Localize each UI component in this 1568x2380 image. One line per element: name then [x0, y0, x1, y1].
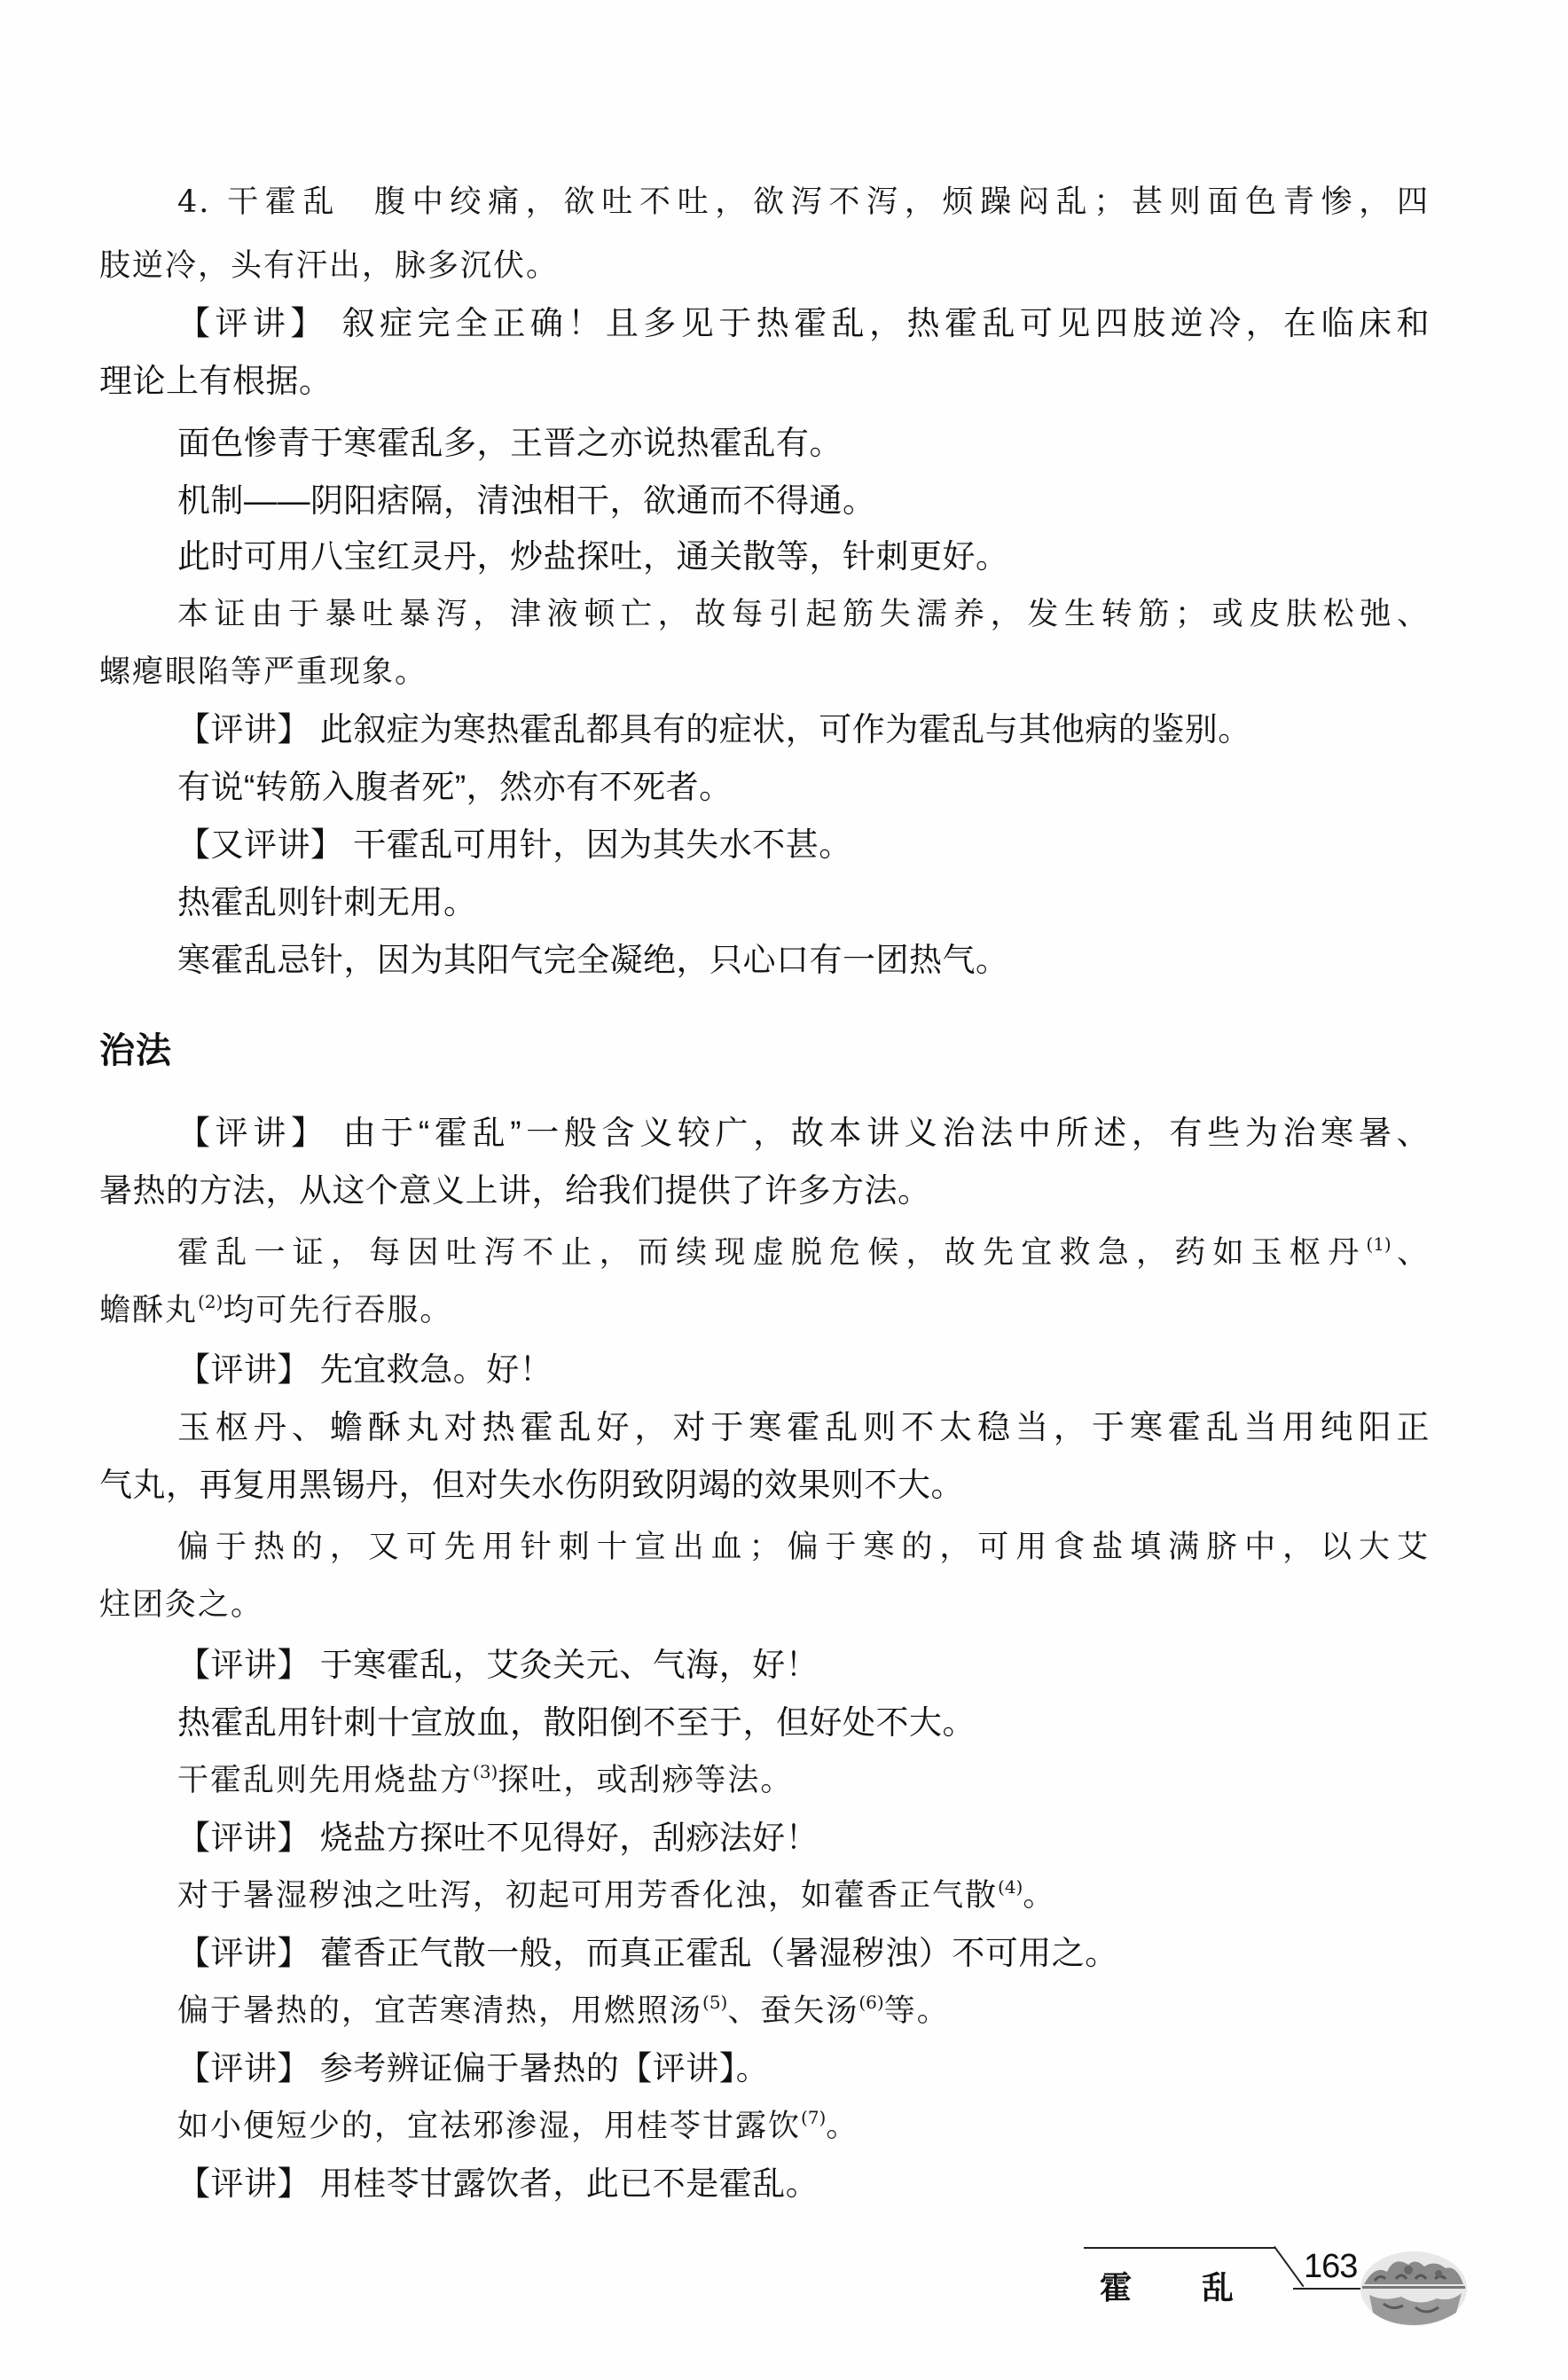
- item-4-line-2: 肢逆冷，头有汗出，脉多沉伏。: [99, 245, 1430, 287]
- commentary-again-tag: 【又评讲】: [177, 826, 344, 863]
- commentary-tag: 【评讲】: [177, 1351, 310, 1388]
- original-2-line-1: 本证由于暴吐暴泻，津液顿亡，故每引起筋失濡养，发生转筋；或皮肤松弛、: [177, 593, 1430, 636]
- running-title-char-1: 霍: [1100, 2263, 1132, 2308]
- commentary-tag: 【评讲】: [177, 1820, 310, 1856]
- original-6-line-1: 偏于热的，又可先用针刺十宣出血；偏于寒的，可用食盐填满脐中，以大艾: [177, 1526, 1430, 1569]
- commentary-3-para-3: 寒霍乱忌针，因为其阳气完全凝绝，只心口有一团热气。: [177, 939, 1430, 982]
- item-4-line-1: 4. 干霍乱 腹中绞痛，欲吐不吐，欲泻不泻，烦躁闷乱；甚则面色青惨，四: [177, 181, 1430, 223]
- commentary-7-line-1: 【评讲】 烧盐方探吐不见得好，刮痧法好！: [177, 1817, 1430, 1859]
- page-number: 163: [1304, 2248, 1357, 2286]
- footnote-ref[interactable]: (2): [198, 1291, 223, 1312]
- commentary-9-line-1: 【评讲】 参考辨证偏于暑热的【评讲】。: [177, 2047, 1430, 2090]
- commentary-4-line-1: 【评讲】 由于“霍乱”一般含义较广，故本讲义治法中所述，有些为治寒暑、: [177, 1112, 1430, 1155]
- footnote-ref[interactable]: (1): [1366, 1233, 1391, 1255]
- commentary-8-line-1: 【评讲】 藿香正气散一般，而真正霍乱（暑湿秽浊）不可用之。: [177, 1932, 1430, 1975]
- commentary-tag-inline: 【评讲】: [619, 2050, 736, 2086]
- commentary-6-para-2: 热霍乱用针刺十宣放血，散阳倒不至于，但好处不大。: [177, 1702, 1430, 1744]
- commentary-tag: 【评讲】: [177, 305, 328, 341]
- original-2-line-2: 螺瘪眼陷等严重现象。: [99, 651, 1430, 693]
- commentary-6-line-1: 【评讲】 于寒霍乱，艾灸关元、气海，好！: [177, 1644, 1430, 1687]
- commentary-tag: 【评讲】: [177, 711, 310, 748]
- commentary-tag: 【评讲】: [177, 2050, 310, 2086]
- commentary-1-line-2: 理论上有根据。: [99, 360, 1430, 403]
- commentary-1-para-4: 此时可用八宝红灵丹，炒盐探吐，通关散等，针刺更好。: [177, 536, 1430, 578]
- commentary-tag: 【评讲】: [177, 2165, 310, 2202]
- commentary-5-para-2-line-1: 玉枢丹、蟾酥丸对热霍乱好，对于寒霍乱则不太稳当，于寒霍乱当用纯阳正: [177, 1406, 1430, 1449]
- commentary-1-line-1: 【评讲】 叙症完全正确！且多见于热霍乱，热霍乱可见四肢逆冷，在临床和: [177, 302, 1430, 345]
- commentary-10-line-1: 【评讲】 用桂苓甘露饮者，此已不是霍乱。: [177, 2163, 1430, 2205]
- commentary-1-para-2: 面色惨青于寒霍乱多，王晋之亦说热霍乱有。: [177, 422, 1430, 465]
- original-5-line-2: 蟾酥丸(2)均可先行吞服。: [99, 1289, 1430, 1332]
- original-6-line-2: 炷团灸之。: [99, 1584, 1430, 1626]
- running-title-char-2: 乱: [1202, 2263, 1234, 2308]
- footnote-ref[interactable]: (4): [998, 1876, 1023, 1898]
- original-9-line-1: 偏于暑热的，宜苦寒清热，用燃照汤(5)、蚕矢汤(6)等。: [177, 1990, 1430, 2032]
- footnote-ref[interactable]: (6): [858, 1992, 883, 2013]
- footnote-ref[interactable]: (5): [702, 1992, 727, 2013]
- footer-rule-slant: [1274, 2246, 1305, 2287]
- commentary-3-line-1: 【又评讲】 干霍乱可用针，因为其失水不甚。: [177, 824, 1430, 866]
- book-page: 4. 干霍乱 腹中绞痛，欲吐不吐，欲泻不泻，烦躁闷乱；甚则面色青惨，四 肢逆冷，…: [0, 0, 1568, 2380]
- original-5-line-1: 霍乱一证，每因吐泻不止，而续现虚脱危候，故先宜救急，药如玉枢丹(1)、: [177, 1232, 1430, 1274]
- landscape-ornament-icon: [1357, 2249, 1470, 2329]
- commentary-tag: 【评讲】: [177, 1935, 310, 1971]
- footer-rule: [1084, 2247, 1275, 2249]
- commentary-3-para-2: 热霍乱则针刺无用。: [177, 881, 1430, 924]
- original-8-line-1: 对于暑湿秽浊之吐泻，初起可用芳香化浊，如藿香正气散(4)。: [177, 1875, 1430, 1917]
- item-title: 4. 干霍乱: [177, 184, 341, 220]
- commentary-4-line-2: 暑热的方法，从这个意义上讲，给我们提供了许多方法。: [99, 1170, 1430, 1212]
- commentary-5-line-1: 【评讲】 先宜救急。好！: [177, 1349, 1430, 1391]
- section-heading: 治法: [99, 1029, 172, 1073]
- commentary-2-para-2: 有说“转筋入腹者死”，然亦有不死者。: [177, 766, 1430, 809]
- footer-rule-lower: [1293, 2288, 1360, 2290]
- commentary-1-para-3: 机制——阴阳痞隔，清浊相干，欲通而不得通。: [177, 480, 1430, 522]
- commentary-5-para-2-line-2: 气丸，再复用黑锡丹，但对失水伤阴致阴竭的效果则不大。: [99, 1464, 1430, 1507]
- commentary-2-line-1: 【评讲】 此叙症为寒热霍乱都具有的症状，可作为霍乱与其他病的鉴别。: [177, 709, 1430, 751]
- commentary-tag: 【评讲】: [177, 1115, 329, 1151]
- footnote-ref[interactable]: (3): [473, 1761, 498, 1782]
- commentary-tag: 【评讲】: [177, 1647, 310, 1683]
- footnote-ref[interactable]: (7): [801, 2107, 826, 2128]
- original-10-line-1: 如小便短少的，宜祛邪渗湿，用桂苓甘露饮(7)。: [177, 2105, 1430, 2148]
- original-7-line-1: 干霍乱则先用烧盐方(3)探吐，或刮痧等法。: [177, 1759, 1430, 1802]
